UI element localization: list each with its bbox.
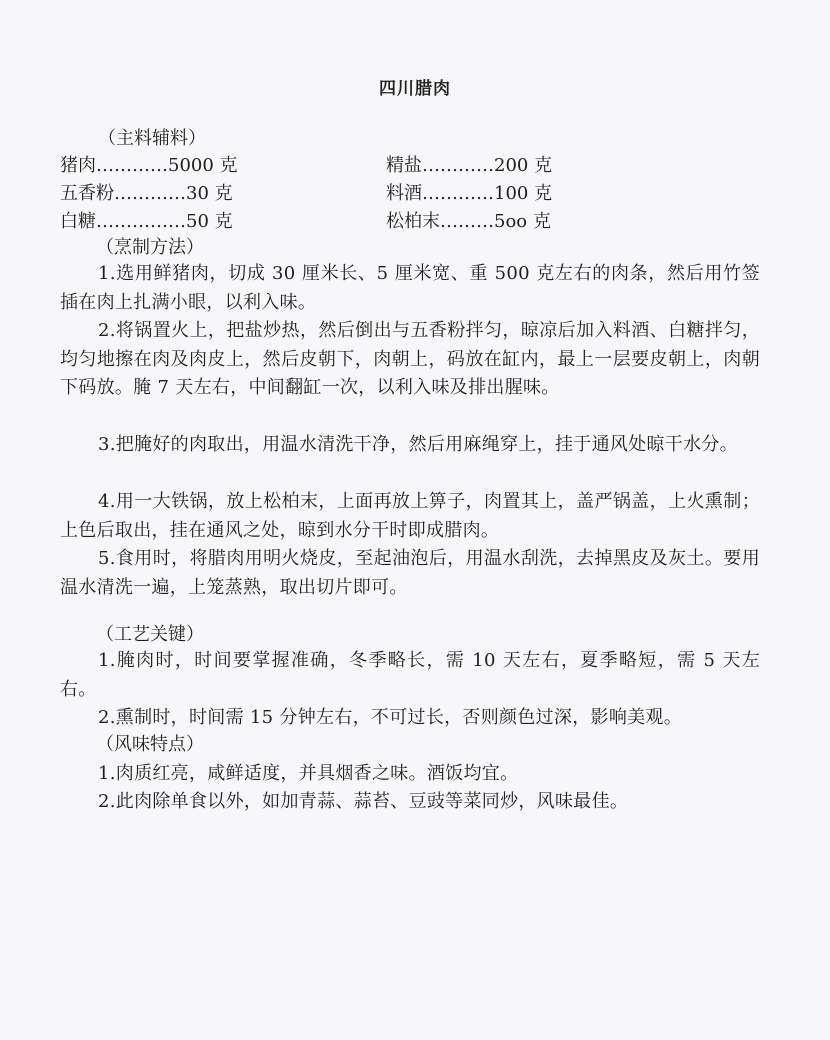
keys-heading: （工艺关键） [96, 620, 204, 646]
method-step: 4.用一大铁锅，放上松柏末，上面再放上箅子，肉置其上，盖严锅盖，上火熏制；上色后… [60, 488, 760, 545]
ingredient-item: 松柏末………5oo 克 [386, 207, 551, 233]
document-title: 四川腊肉 [0, 74, 830, 99]
ingredient-item: 精盐…………200 克 [386, 151, 552, 177]
ingredient-item: 猪肉…………5000 克 [60, 151, 238, 177]
method-step: 1.选用鲜猪肉，切成 30 厘米长、5 厘米宽、重 500 克左右的肉条，然后用… [60, 260, 760, 317]
flavor-point: 2.此肉除单食以外，如加青蒜、蒜苔、豆豉等菜同炒，风味最佳。 [98, 787, 628, 813]
ingredient-item: 料酒…………100 克 [386, 179, 552, 205]
key-point: 2.熏制时，时间需 15 分钟左右，不可过长，否则颜色过深，影响美观。 [60, 704, 760, 733]
method-heading: （烹制方法） [96, 233, 204, 259]
ingredients-heading: （主料辅料） [98, 124, 206, 150]
document-page: 四川腊肉 （主料辅料） 猪肉…………5000 克 五香粉…………30 克 白糖…… [0, 0, 830, 1040]
key-point: 1.腌肉时，时间要掌握准确，冬季略长，需 10 天左右，夏季略短，需 5 天左右… [60, 647, 760, 704]
ingredient-item: 白糖……………50 克 [60, 207, 233, 233]
method-step: 2.将锅置火上，把盐炒热，然后倒出与五香粉拌匀，晾凉后加入料酒、白糖拌匀，均匀地… [60, 317, 760, 403]
flavor-heading: （风味特点） [96, 730, 204, 756]
method-step: 5.食用时，将腊肉用明火烧皮，至起油泡后，用温水刮洗，去掉黑皮及灰土。要用温水清… [60, 545, 760, 602]
ingredient-item: 五香粉…………30 克 [60, 179, 233, 205]
method-step: 3.把腌好的肉取出，用温水清洗干净，然后用麻绳穿上，挂于通风处晾干水分。 [60, 431, 760, 460]
flavor-point: 1.肉质红亮，咸鲜适度，并具烟香之味。酒饭均宜。 [98, 759, 518, 785]
